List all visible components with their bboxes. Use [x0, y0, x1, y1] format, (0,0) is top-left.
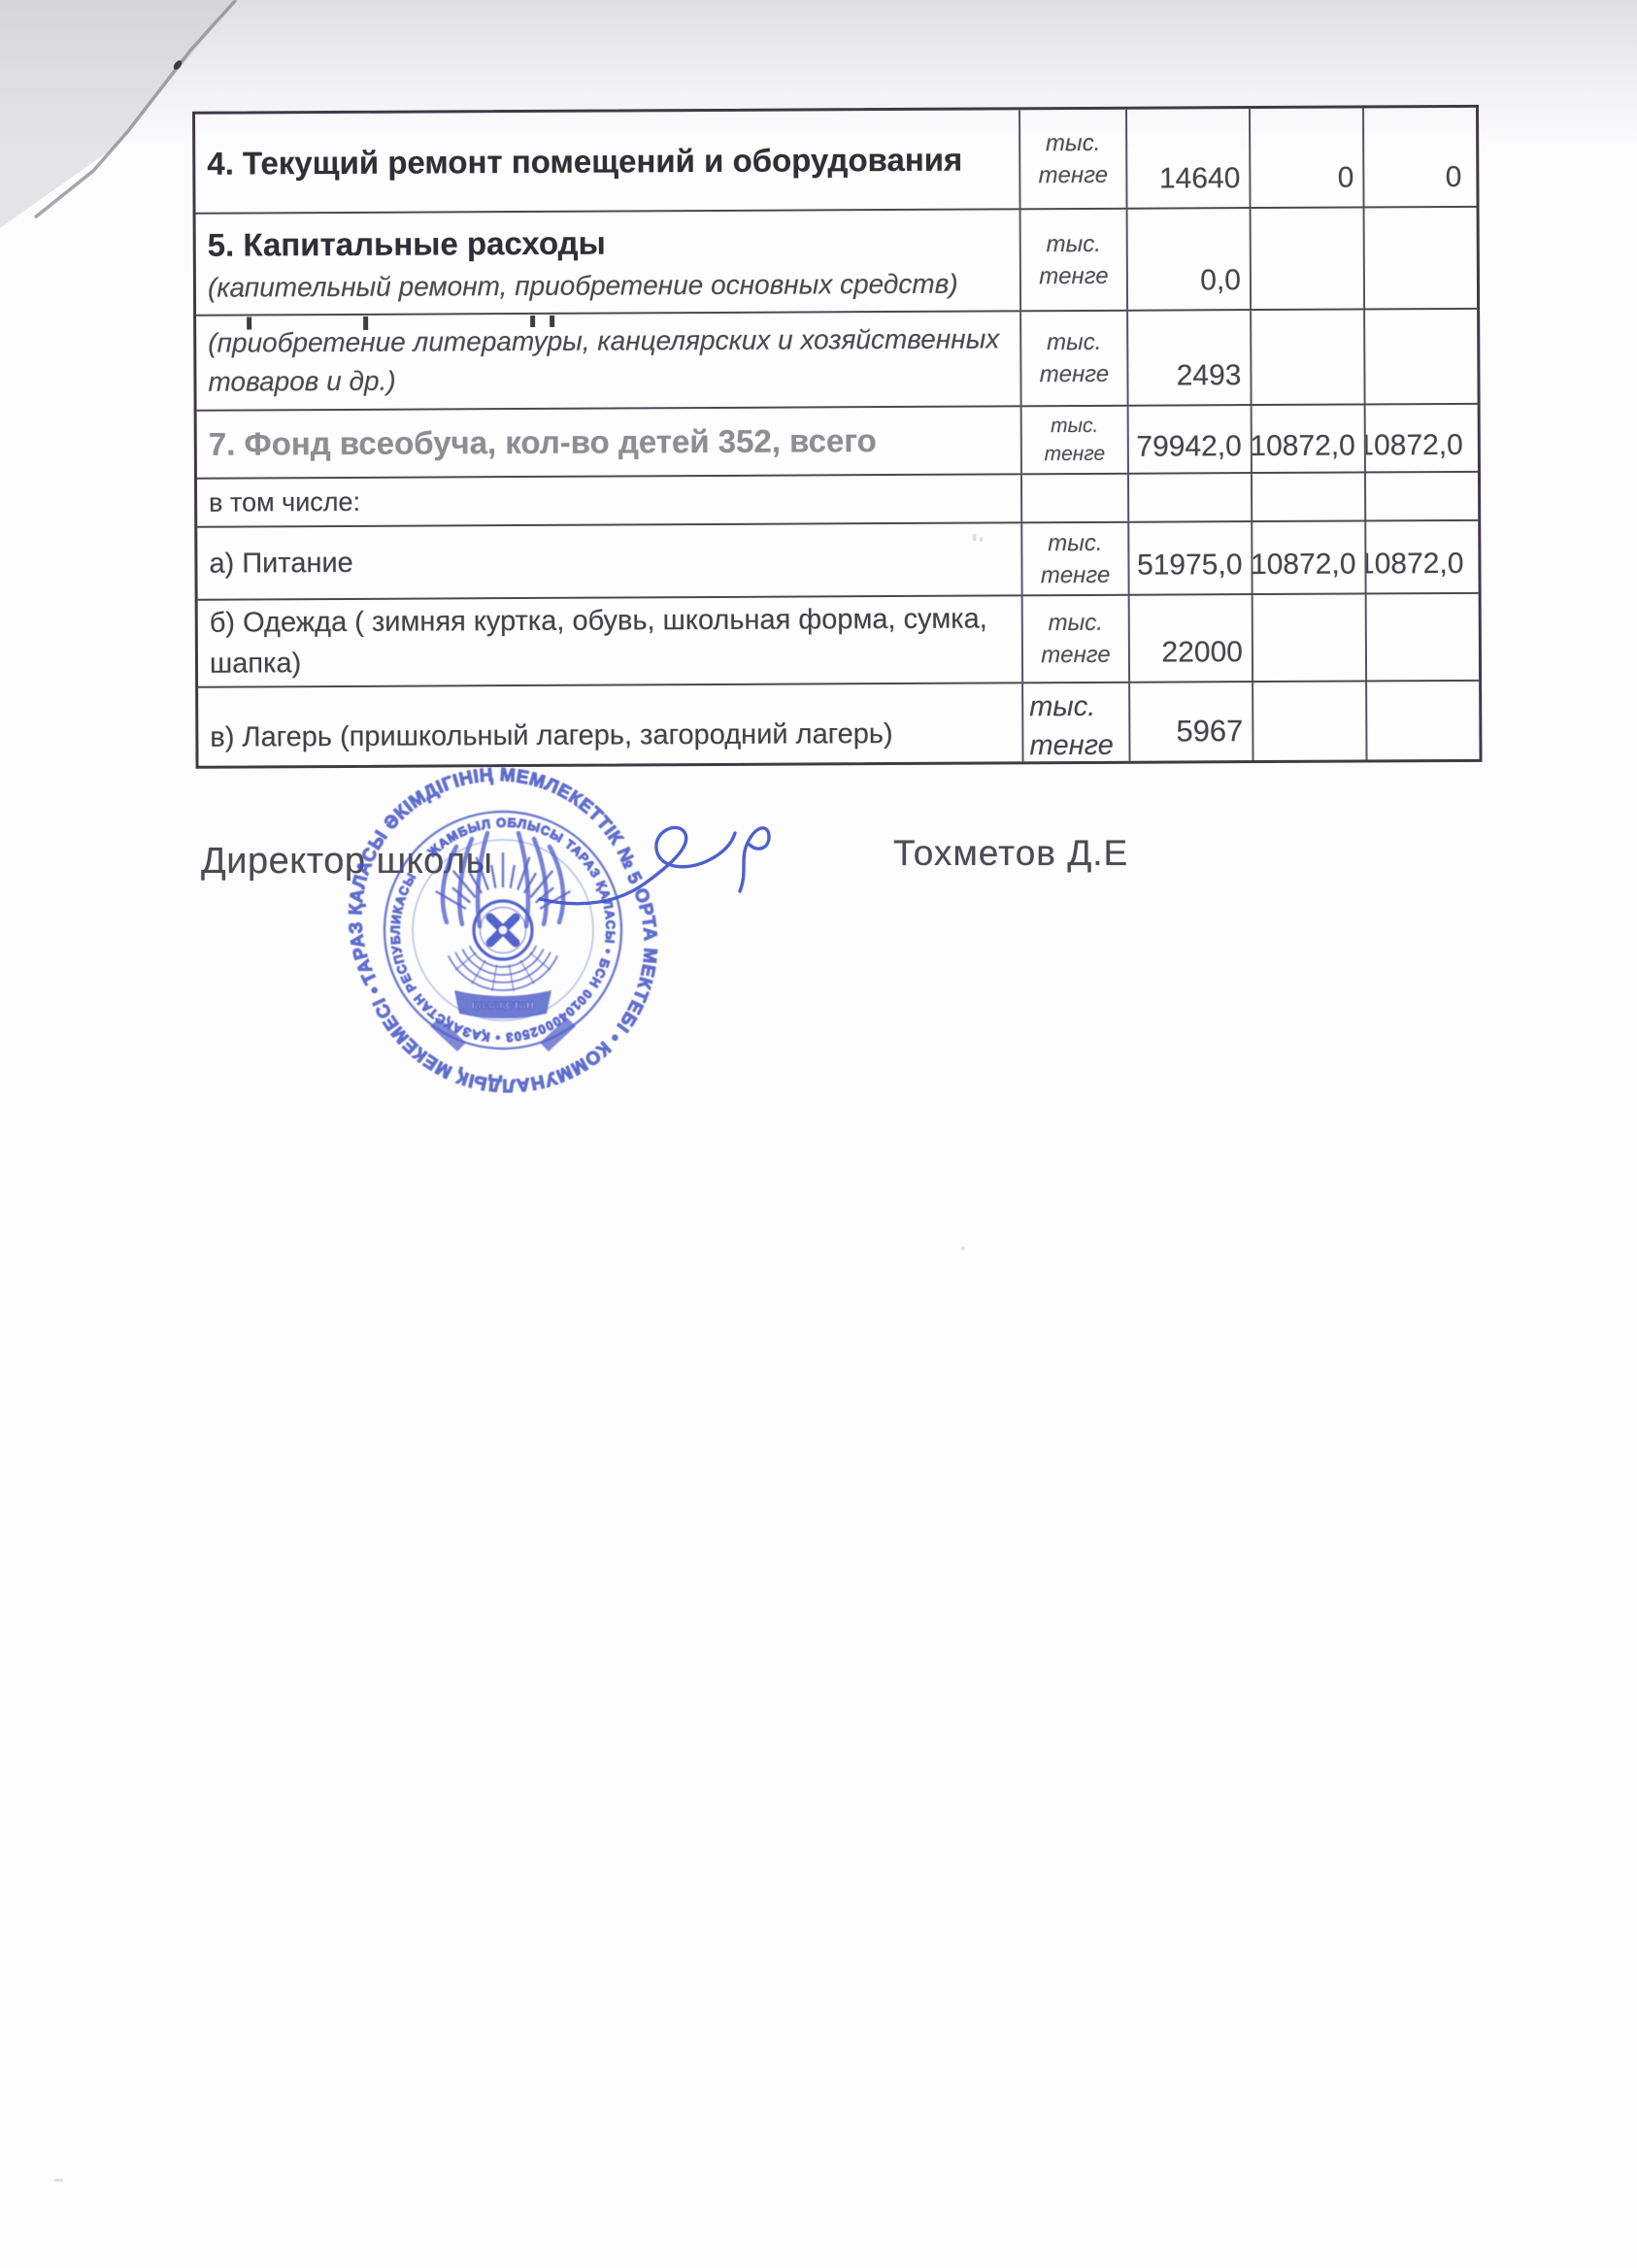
official-round-stamp: ҚАЗАҚСТАН ТАРАЗ ҚАЛАСЫ ӘКІМДІГІНІҢ МЕМЛЕ… — [340, 767, 666, 1093]
value-cell: 0,0 — [1126, 209, 1251, 310]
unit-cell: тыс. тенге — [1021, 596, 1128, 683]
row-label: а) Питание — [209, 539, 1011, 584]
unit-cell: тыс. тенге — [1019, 210, 1127, 311]
value-cell — [1364, 473, 1472, 520]
unit-cell: тыс. тенге — [1019, 312, 1127, 406]
emblem-shanyrak — [474, 901, 532, 959]
table-row: 4. Текущий ремонт помещений и оборудован… — [195, 108, 1477, 213]
stamp-outer-ring-text: ТАРАЗ ҚАЛАСЫ ӘКІМДІГІНІҢ МЕМЛЕКЕТТІК № 5… — [346, 767, 660, 1093]
row-label-cell: (приобретение литературы, канцелярских и… — [196, 312, 1019, 409]
value-cell: 10872,0 — [1251, 405, 1364, 472]
unit-cell: тыс. тенге — [1019, 110, 1126, 209]
signer-name: Тохметов Д.Е — [893, 833, 1128, 874]
value-cell: 5967 — [1128, 683, 1252, 761]
table-row: (приобретение литературы, канцелярских и… — [196, 308, 1477, 410]
value-cell: 51975,0 — [1127, 522, 1251, 594]
unit-cell: тыс. тенге — [1020, 407, 1127, 474]
row-label: в том числе: — [209, 478, 1011, 522]
table-row: в том числе: — [197, 471, 1478, 526]
row-label-cell: б) Одежда ( зимняя куртка, обувь, школьн… — [198, 596, 1021, 685]
value-cell — [1127, 474, 1251, 521]
value-cell: 10872,0 — [1364, 405, 1472, 472]
value-cell — [1251, 473, 1364, 520]
value-cell — [1363, 310, 1472, 404]
row-label: 5. Капитальные расходы — [208, 217, 1010, 268]
row-sublabel: (приобретение литературы, канцелярских и… — [208, 319, 1010, 401]
value-cell: 0 — [1249, 108, 1363, 207]
value-cell: 2493 — [1126, 311, 1251, 405]
handwritten-signature — [540, 827, 769, 903]
row-label: б) Одежда ( зимняя куртка, обувь, школьн… — [210, 598, 1012, 684]
row-label-cell: в том числе: — [197, 475, 1020, 525]
table-row: 5. Капитальные расходы (капительный ремо… — [196, 206, 1478, 315]
value-cell: 79942,0 — [1127, 406, 1251, 473]
value-cell: 22000 — [1128, 595, 1252, 682]
table-row: б) Одежда ( зимняя куртка, обувь, школьн… — [198, 592, 1479, 686]
value-cell: 10872,0 — [1364, 521, 1472, 593]
value-cell — [1250, 310, 1364, 404]
value-cell — [1365, 682, 1473, 760]
whiteout-text-remnant — [550, 316, 554, 327]
row-label-cell: 4. Текущий ремонт помещений и оборудован… — [195, 110, 1019, 212]
whiteout-text-remnant — [363, 317, 368, 330]
value-cell: 14640 — [1125, 109, 1250, 208]
value-cell — [1252, 682, 1365, 760]
row-label-cell: 7. Фонд всеобуча, кол-во детей 352, всег… — [197, 407, 1020, 477]
unit-cell: тыс. тенге — [1020, 523, 1127, 595]
value-cell — [1363, 208, 1472, 309]
scanned-document-page: 4. Текущий ремонт помещений и оборудован… — [0, 0, 1637, 2268]
scan-specks — [54, 534, 983, 2182]
emblem-banner: ҚАЗАҚСТАН — [430, 990, 576, 1051]
budget-table: 4. Текущий ремонт помещений и оборудован… — [192, 105, 1483, 769]
row-sublabel: (капительный ремонт, приобретение основн… — [208, 264, 1010, 307]
row-label: в) Лагерь (пришкольный лагерь, загородни… — [210, 713, 1012, 757]
table-row: а) Питание тыс. тенге 51975,0 10872,0 10… — [197, 519, 1478, 599]
row-label-cell: а) Питание — [197, 523, 1020, 598]
emblem-fan — [449, 946, 557, 991]
unit-cell: тыс. тенге — [1021, 684, 1128, 762]
table-row: в) Лагерь (пришкольный лагерь, загородни… — [198, 680, 1479, 766]
row-label: 4. Текущий ремонт помещений и оборудован… — [207, 135, 1009, 186]
value-cell: 10872,0 — [1251, 521, 1364, 593]
row-label-cell: в) Лагерь (пришкольный лагерь, загородни… — [198, 684, 1021, 765]
value-cell — [1365, 594, 1473, 681]
row-label-cell: 5. Капитальные расходы (капительный ремо… — [196, 210, 1020, 314]
whiteout-text-remnant — [530, 316, 535, 327]
value-cell — [1250, 208, 1364, 309]
table-row: 7. Фонд всеобуча, кол-во детей 352, всег… — [197, 403, 1478, 478]
value-cell — [1252, 594, 1365, 681]
value-cell: 0 — [1362, 108, 1471, 207]
whiteout-text-remnant — [247, 317, 251, 329]
row-label: 7. Фонд всеобуча, кол-во детей 352, всег… — [209, 419, 1011, 464]
unit-cell — [1020, 475, 1127, 522]
signature-role-label: Директор школы — [201, 841, 492, 883]
stamp-center-text: ҚАЗАҚСТАН — [472, 1001, 534, 1012]
